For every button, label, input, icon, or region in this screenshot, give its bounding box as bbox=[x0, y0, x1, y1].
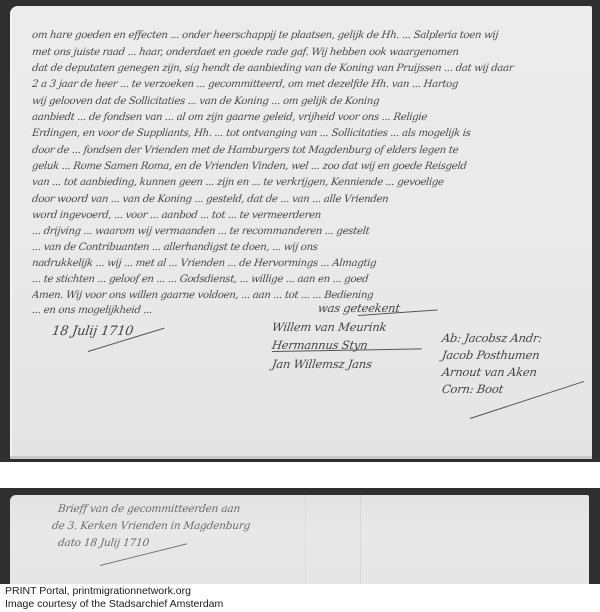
manuscript-line: van ... tot aanbieding, kunnen geen ... … bbox=[31, 175, 588, 191]
manuscript-line: 2 a 3 jaar de heer ... te verzoeken ... … bbox=[31, 77, 588, 93]
manuscript-line: ... drijving ... waarom wij vermaanden .… bbox=[31, 224, 588, 240]
manuscript-line: om hare goeden en effecten ... onder hee… bbox=[31, 28, 588, 44]
paper-sheet-endorsement: Brieff van de gecommitteerden aan de 3. … bbox=[10, 495, 589, 584]
paper-sheet-main: om hare goeden en effecten ... onder hee… bbox=[10, 6, 592, 459]
manuscript-line: ... en ons mogelijkheid ... bbox=[31, 303, 273, 319]
caption-courtesy: Image courtesy of the Stadsarchief Amste… bbox=[5, 598, 223, 611]
image-credit-caption: PRINT Portal, printmigrationnetwork.org … bbox=[5, 585, 223, 611]
signature: Arnout van Aken bbox=[441, 365, 538, 379]
signature: Jan Willemsz Jans bbox=[271, 357, 373, 371]
endorsement-line: Brieff van de gecommitteerden aan bbox=[57, 503, 240, 515]
manuscript-line: word ingevoerd, ... voor ... aanbod ... … bbox=[31, 208, 588, 224]
document-viewer: om hare goeden en effecten ... onder hee… bbox=[0, 0, 600, 612]
manuscript-line: Amen. Wij voor ons willen gaarne voldoen… bbox=[31, 288, 588, 304]
manuscript-line: dat de deputaten genegen zijn, sig hendt… bbox=[31, 61, 588, 77]
manuscript-line: door de ... fondsen der Vrienden met de … bbox=[31, 143, 588, 159]
manuscript-line: ... te stichten ... geloof en ... ... Go… bbox=[31, 272, 588, 288]
fold-crease bbox=[305, 495, 306, 584]
caption-source: PRINT Portal, printmigrationnetwork.org bbox=[5, 585, 223, 598]
manuscript-line: aanbiedt ... de fondsen van ... al om zi… bbox=[31, 110, 588, 126]
manuscript-line: wij gelooven dat de Sollicitaties ... va… bbox=[31, 94, 588, 110]
fold-crease bbox=[360, 495, 361, 584]
scan-endorsement-page: Brieff van de gecommitteerden aan de 3. … bbox=[0, 488, 600, 584]
manuscript-line: nadrukkelijk ... wij ... met al ... Vrie… bbox=[31, 256, 588, 272]
letter-date: 18 Julij 1710 bbox=[51, 324, 134, 339]
manuscript-line: ... van de Contribuanten ... allerhandig… bbox=[31, 240, 588, 256]
manuscript-line: door woord van ... van de Koning ... ges… bbox=[31, 192, 588, 208]
signature: Corn: Boot bbox=[441, 382, 504, 396]
endorsement-line: dato 18 Julij 1710 bbox=[57, 537, 149, 549]
signature: Jacob Posthumen bbox=[441, 348, 540, 362]
manuscript-line: Erdingen, en voor de Suppliants, Hh. ...… bbox=[31, 126, 588, 142]
endorsement-line: de 3. Kerken Vrienden in Magdenburg bbox=[51, 520, 251, 532]
signature: Willem van Meurink bbox=[271, 320, 387, 334]
scan-main-page: om hare goeden en effecten ... onder hee… bbox=[0, 0, 600, 462]
manuscript-line: met ons juiste raad ... haar, onderdaet … bbox=[31, 45, 588, 61]
signature: Ab: Jacobsz Andr: bbox=[441, 331, 543, 345]
manuscript-line: geluk ... Rome Samen Roma, en de Vriende… bbox=[31, 159, 588, 175]
